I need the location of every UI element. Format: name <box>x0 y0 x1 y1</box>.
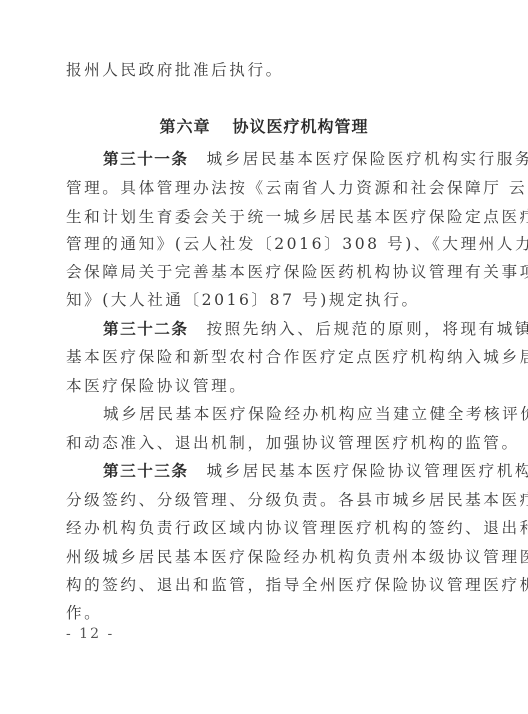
paragraph-continuation: 报州人民政府批准后执行。 <box>66 60 468 80</box>
article-32-para2-line-2: 和动态准入、退出机制，加强协议管理医疗机构的监管。 <box>66 433 468 453</box>
article-32-line-3: 本医疗保险协议管理。 <box>66 376 468 396</box>
article-33-line-1: 第三十三条城乡居民基本医疗保险协议管理医疗机构实行 <box>103 461 468 481</box>
article-33-line-2: 分级签约、分级管理、分级负责。各县市城乡居民基本医疗保险 <box>66 490 468 510</box>
chapter-number: 第六章 <box>159 117 210 136</box>
article-32-line-1: 第三十二条按照先纳入、后规范的原则，将现有城镇居民 <box>103 319 468 339</box>
article-label: 第三十二条 <box>103 320 188 338</box>
article-31-line-2: 管理。具体管理办法按《云南省人力资源和社会保障厅 云南省卫 <box>66 178 468 198</box>
article-31-line-6: 知》(大人社通〔2016〕87 号)规定执行。 <box>66 290 468 310</box>
article-text: 城乡居民基本医疗保险协议管理医疗机构实行 <box>206 462 528 480</box>
article-33-line-3: 经办机构负责行政区域内协议管理医疗机构的签约、退出和监管; <box>66 518 468 538</box>
article-32-line-2: 基本医疗保险和新型农村合作医疗定点医疗机构纳入城乡居民基 <box>66 347 468 367</box>
article-31-line-5: 会保障局关于完善基本医疗保险医药机构协议管理有关事项的通 <box>66 262 468 282</box>
article-33-line-4: 州级城乡居民基本医疗保险经办机构负责州本级协议管理医疗机 <box>66 547 468 567</box>
article-label: 第三十三条 <box>103 462 188 480</box>
page-number: - 12 - <box>66 624 114 644</box>
article-31-line-4: 管理的通知》(云人社发〔2016〕308 号)、《大理州人力资源和社 <box>66 234 468 254</box>
chapter-title: 协议医疗机构管理 <box>233 117 369 136</box>
article-33-line-6: 作。 <box>66 603 468 623</box>
article-31-line-3: 生和计划生育委会关于统一城乡居民基本医疗保险定点医疗机构 <box>66 207 468 227</box>
article-31-line-1: 第三十一条城乡居民基本医疗保险医疗机构实行服务协议 <box>103 149 468 169</box>
article-label: 第三十一条 <box>103 150 188 168</box>
chapter-heading: 第六章协议医疗机构管理 <box>0 117 528 137</box>
article-32-para2-line-1: 城乡居民基本医疗保险经办机构应当建立健全考核评价机制 <box>103 404 468 424</box>
article-text: 按照先纳入、后规范的原则，将现有城镇居民 <box>206 320 528 338</box>
article-text: 城乡居民基本医疗保险医疗机构实行服务协议 <box>206 150 528 168</box>
article-33-line-5: 构的签约、退出和监管，指导全州医疗保险协议管理医疗机构工 <box>66 575 468 595</box>
